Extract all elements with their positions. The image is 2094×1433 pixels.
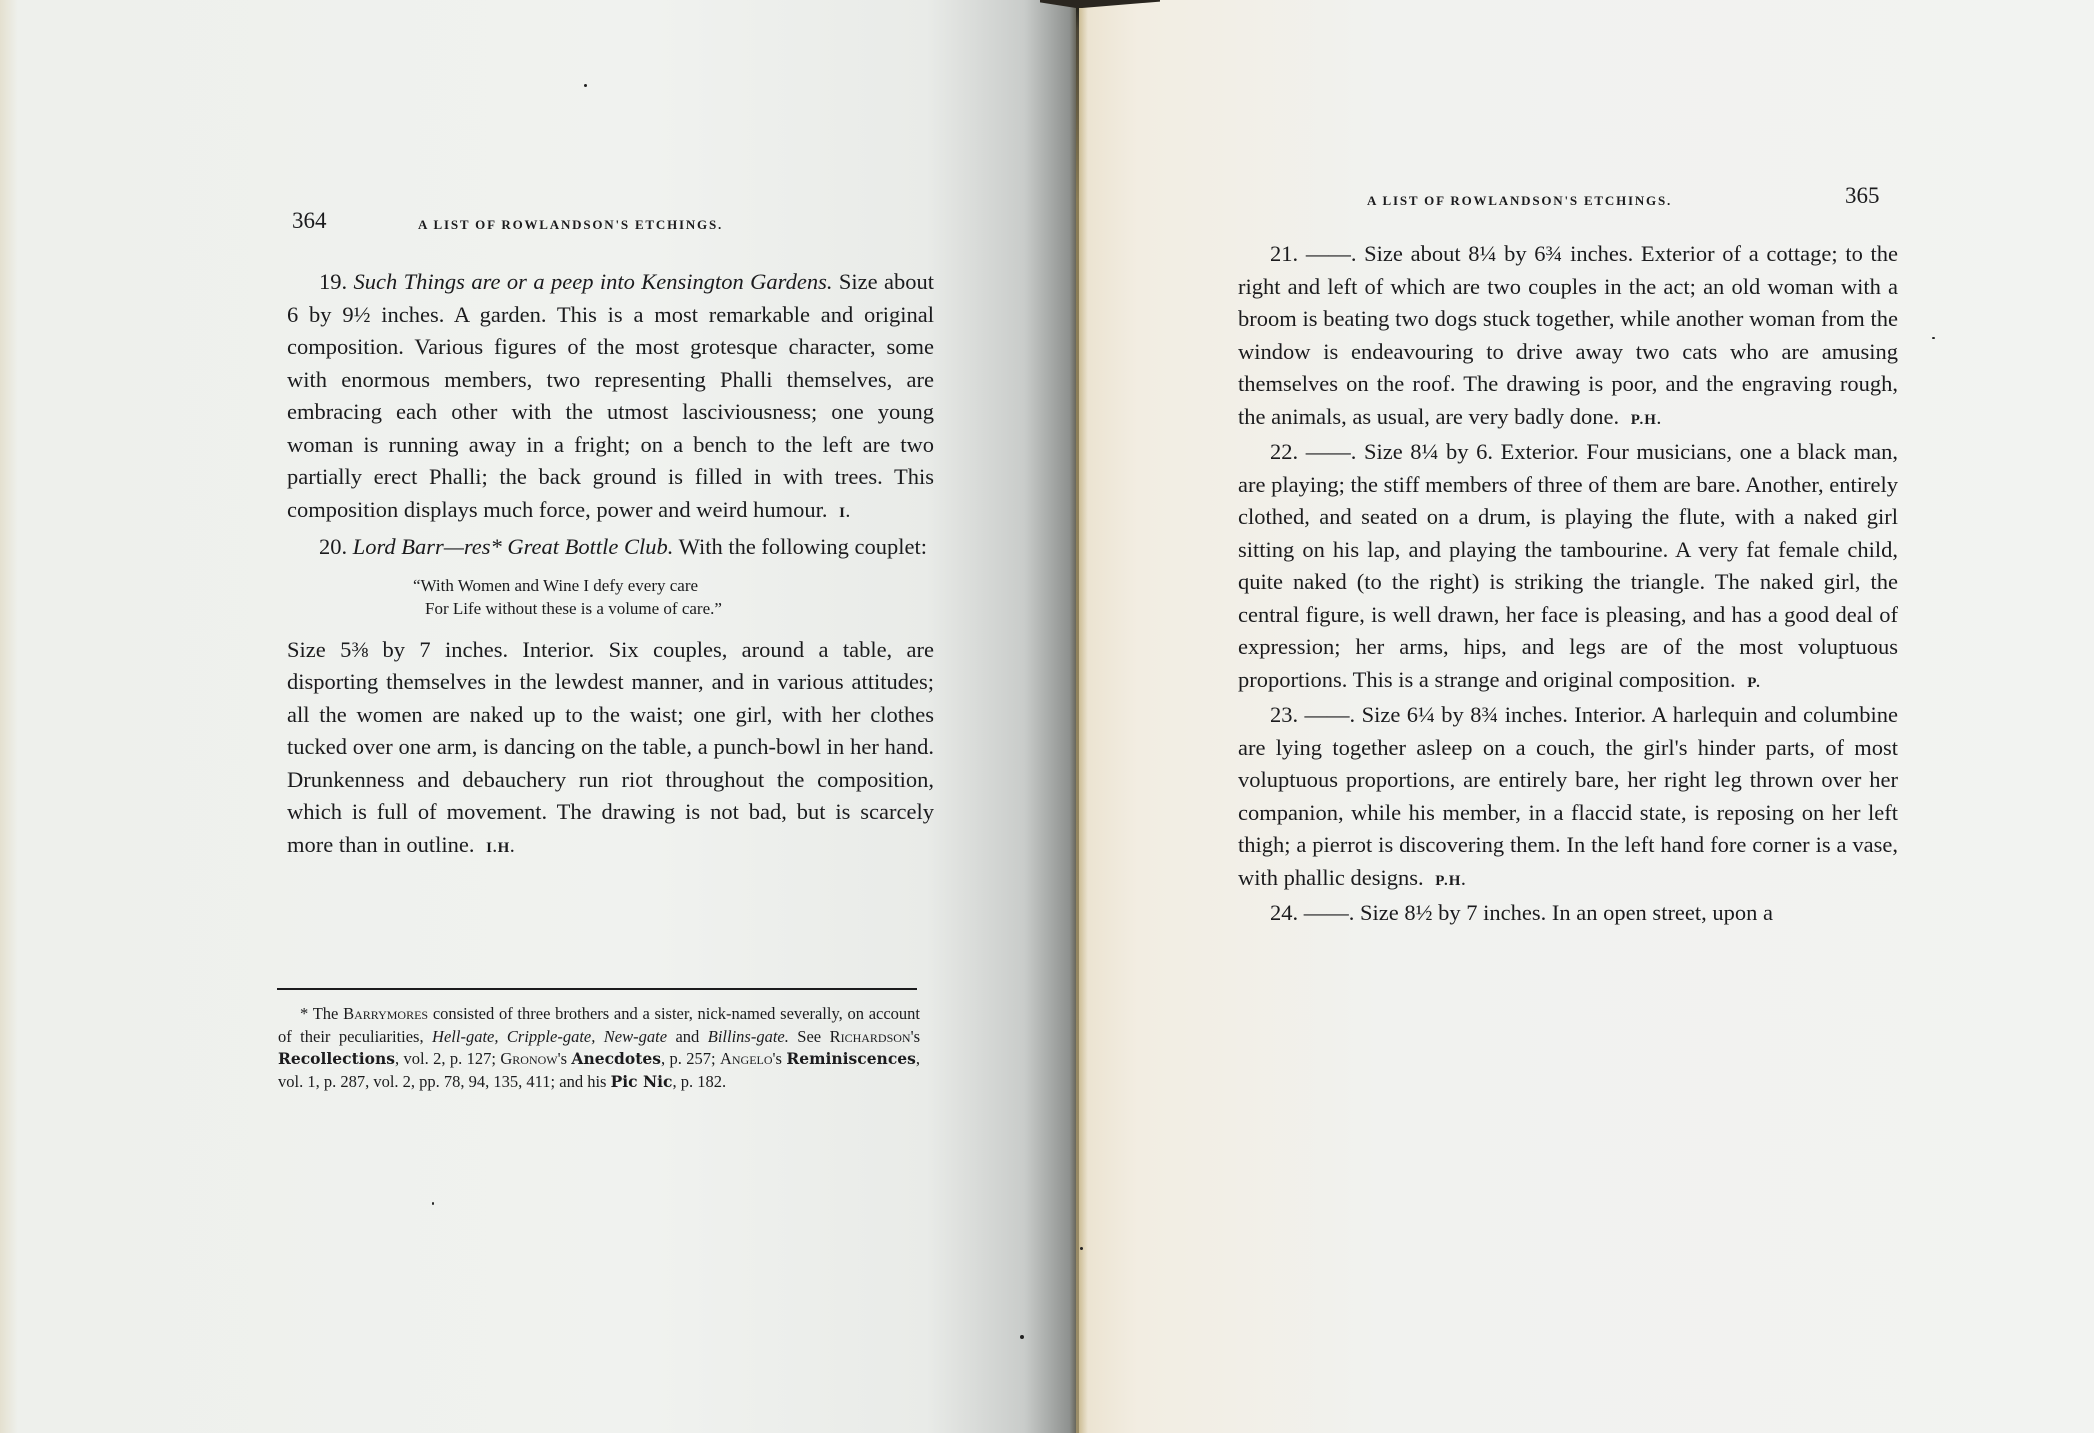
book-gutter: [1076, 0, 1079, 1433]
footnote-work-picnic: Pic Nic: [611, 1072, 673, 1091]
book-spread: 364 A LIST OF ROWLANDSON'S ETCHINGS. 19.…: [0, 0, 2094, 1433]
paper-speck: [1080, 1247, 1083, 1250]
entry-dash: ——.: [1305, 702, 1356, 727]
paper-speck: [584, 84, 587, 87]
footnote-text: 's: [911, 1027, 920, 1046]
footnote-work-reminiscences: Reminiscences: [786, 1049, 916, 1068]
entry-number: 22.: [1270, 439, 1298, 464]
footnote-name-gronow: Gronow: [500, 1049, 557, 1068]
entry-number: 21.: [1270, 241, 1298, 266]
footnote-rule: [277, 988, 917, 990]
running-head-text: A LIST OF ROWLANDSON'S ETCHINGS.: [1367, 193, 1672, 208]
entry-body: Size 6¼ by 8¾ inches. Interior. A harleq…: [1238, 702, 1898, 890]
entry-20: 20. Lord Barr—res* Great Bottle Club. Wi…: [287, 531, 934, 564]
entry-body: Size 8½ by 7 inches. In an open street, …: [1360, 900, 1773, 925]
entry-body: Size about 8¼ by 6¾ inches. Exterior of …: [1238, 241, 1898, 429]
entry-initials: P.H.: [1631, 412, 1662, 428]
entry-number: 23.: [1270, 702, 1298, 727]
footnote-work-recollections: Recollections: [278, 1049, 395, 1068]
footnote-text: 's: [558, 1049, 572, 1068]
paper-speck: [1020, 1335, 1024, 1339]
couplet-line-1: “With Women and Wine I defy every care: [413, 574, 934, 597]
footnote-marker: *: [278, 1004, 308, 1023]
page-number-right: 365: [1845, 183, 1880, 209]
footnote-name-angelo: Angelo: [720, 1049, 773, 1068]
footnote-text: , p. 182.: [672, 1072, 726, 1091]
footnote-text: and: [667, 1027, 708, 1046]
running-head-text: A LIST OF ROWLANDSON'S ETCHINGS.: [418, 217, 723, 232]
entry-initials: P.: [1747, 675, 1761, 691]
entry-initials: P.H.: [1435, 873, 1466, 889]
footnote-text: , vol. 2, p. 127;: [395, 1049, 500, 1068]
entry-intro: With the following couplet:: [679, 534, 927, 559]
footnote-text: The: [313, 1004, 343, 1023]
left-text-block: 19. Such Things are or a peep into Kensi…: [287, 266, 934, 864]
right-text-block: 21. ——. Size about 8¼ by 6¾ inches. Exte…: [1238, 238, 1898, 930]
running-head-left: A LIST OF ROWLANDSON'S ETCHINGS.: [418, 216, 723, 234]
entry-23: 23. ——. Size 6¼ by 8¾ inches. Interior. …: [1238, 699, 1898, 897]
entry-24: 24. ——. Size 8½ by 7 inches. In an open …: [1238, 897, 1898, 930]
footnote-billins: Billins-gate.: [708, 1027, 789, 1046]
footnote-name-barrymores: Barrymores: [343, 1004, 428, 1023]
entry-20-body: Size 5⅜ by 7 inches. Interior. Six coupl…: [287, 634, 934, 865]
footnote-text: , p. 257;: [661, 1049, 720, 1068]
entry-dash: ——.: [1304, 900, 1355, 925]
entry-dash: ——.: [1306, 439, 1357, 464]
entry-body: Size 8¼ by 6. Exterior. Four musicians, …: [1238, 439, 1898, 692]
couplet: “With Women and Wine I defy every care F…: [287, 574, 934, 620]
entry-initials: I.H.: [486, 840, 515, 856]
footnote: * The Barrymores consisted of three brot…: [278, 1003, 920, 1093]
entry-title: Lord Barr—res* Great Bottle Club.: [353, 534, 674, 559]
footnote-text: 's: [773, 1049, 787, 1068]
running-head-right: A LIST OF ROWLANDSON'S ETCHINGS.: [1367, 192, 1672, 210]
entry-dash: ——.: [1306, 241, 1357, 266]
entry-number: 19.: [319, 269, 347, 294]
footnote-text: See: [789, 1027, 830, 1046]
entry-number: 24.: [1270, 900, 1298, 925]
footnote-name-richardson: Richardson: [830, 1027, 911, 1046]
page-number-left: 364: [292, 208, 327, 234]
entry-initials: I.: [839, 505, 851, 521]
paper-speck: [1932, 337, 1935, 339]
couplet-line-2: For Life without these is a volume of ca…: [413, 597, 934, 620]
entry-body: Size 5⅜ by 7 inches. Interior. Six coupl…: [287, 637, 934, 857]
paper-speck: [432, 1202, 434, 1205]
entry-19: 19. Such Things are or a peep into Kensi…: [287, 266, 934, 529]
entry-title: Such Things are or a peep into Kensingto…: [354, 269, 833, 294]
footnote-gates: Hell-gate, Cripple-gate, New-gate: [432, 1027, 667, 1046]
entry-number: 20.: [319, 534, 347, 559]
entry-22: 22. ——. Size 8¼ by 6. Exterior. Four mus…: [1238, 436, 1898, 699]
footnote-work-anecdotes: Anecdotes: [571, 1049, 661, 1068]
entry-body: Size about 6 by 9½ inches. A garden. Thi…: [287, 269, 934, 522]
entry-21: 21. ——. Size about 8¼ by 6¾ inches. Exte…: [1238, 238, 1898, 436]
